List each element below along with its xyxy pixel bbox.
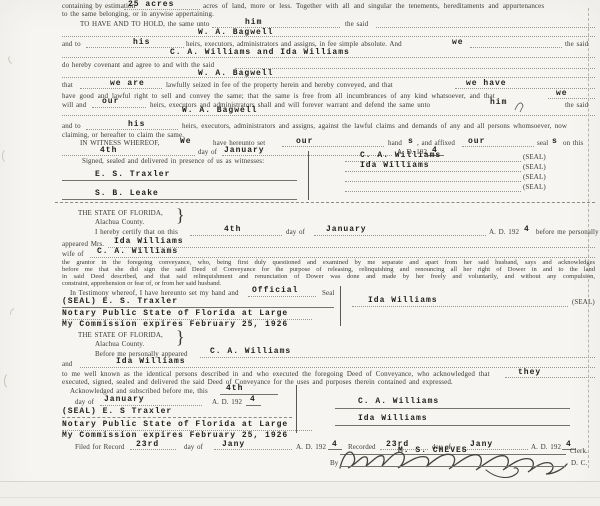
ack2-day-fill: 4th — [226, 384, 243, 393]
signer1-signature: C. A. Williams — [360, 151, 441, 160]
dotted-rule — [376, 27, 595, 28]
we-are-fill: we are — [110, 79, 145, 88]
ack1-state: THE STATE OF FLORIDA, — [78, 209, 163, 217]
we-have-fill: we have — [466, 79, 507, 88]
ack2-known-clause: to me well known as the identical person… — [62, 370, 490, 378]
ack1-wife-label: wife of — [62, 250, 84, 258]
seized-clause: lawfully seized in fee of the property h… — [166, 81, 393, 89]
pen-mark — [512, 99, 526, 113]
notary-bracket-2 — [296, 385, 297, 433]
dotted-rule — [92, 107, 146, 108]
seal-label-4: (SEAL) — [523, 183, 546, 191]
witness-day-fill: 4th — [100, 146, 117, 155]
ack1-brace: } — [176, 206, 185, 224]
dotted-rule — [130, 449, 176, 450]
notary-bracket — [340, 286, 341, 326]
ack2-day-of: day of — [75, 398, 94, 406]
ack1-certify-pre: I hereby certify that on this — [95, 228, 178, 236]
faint-line — [0, 497, 600, 498]
underline — [340, 466, 566, 467]
ack2-signer2: Ida Williams — [358, 414, 428, 423]
grantors-names: C. A. Williams and Ida Williams — [170, 48, 350, 57]
our-fill-hand: our — [296, 137, 313, 146]
the-said-2: the said — [565, 40, 588, 48]
grantee-name-2: W. A. Bagwell — [198, 69, 273, 78]
column-divider — [308, 151, 309, 200]
dotted-rule — [282, 146, 384, 147]
ack1-day-of: day of — [286, 228, 305, 236]
dotted-rule — [214, 449, 292, 450]
ack2-notary-title: Notary Public State of Florida at Large — [62, 420, 288, 429]
scan-smudge — [8, 306, 23, 321]
ack2-they-fill: they — [518, 368, 541, 377]
filed-label: Filed for Record — [75, 443, 124, 451]
ack1-seal-label: (SEAL) — [572, 298, 595, 306]
dotted-rule — [62, 36, 595, 37]
clerk-label: Clerk. — [570, 447, 588, 455]
ack2-month-fill: January — [104, 395, 145, 404]
that-label: that — [62, 81, 73, 89]
dotted-rule — [352, 306, 568, 307]
scan-smudge — [4, 372, 18, 390]
dower-paragraph-line3: in said Deed described, and that said re… — [62, 273, 595, 280]
ack2-person2: Ida Williams — [116, 357, 186, 366]
underline — [335, 408, 570, 409]
underline — [62, 417, 292, 418]
dotted-rule — [345, 191, 521, 192]
belonging-line: to the same belonging, or in anywise app… — [62, 10, 214, 18]
page-edge-dashes — [588, 8, 589, 468]
dotted-rule — [314, 235, 486, 236]
underline — [62, 199, 297, 200]
dotted-rule — [62, 77, 595, 78]
deputy-clerk-signature — [336, 440, 571, 480]
claiming-clause: claiming, or hereafter to claim the same… — [62, 131, 184, 139]
dotted-rule — [90, 257, 595, 258]
seal-s-fill: s — [552, 137, 558, 146]
dotted-rule — [235, 68, 595, 69]
heirs-clause-2: heirs, executors, administrators and ass… — [182, 122, 567, 130]
dotted-rule — [455, 88, 595, 89]
we-fill-witness: We — [180, 137, 192, 146]
hand-label: hand — [388, 139, 402, 147]
our-fill-1: our — [102, 97, 119, 106]
seal-label-1: (SEAL) — [523, 153, 546, 161]
and-to-2: and to — [62, 122, 81, 130]
dotted-rule — [470, 47, 562, 48]
dotted-rule — [62, 115, 595, 116]
ack1-dower-signer: Ida Williams — [368, 296, 438, 305]
ack2-state: THE STATE OF FLORIDA, — [78, 331, 163, 339]
seal-word-label: seal — [537, 139, 548, 147]
dotted-rule — [86, 129, 178, 130]
dotted-rule — [100, 405, 202, 406]
filed-day-fill: 23rd — [136, 440, 159, 449]
grantee-name-3: W. A. Bagwell — [182, 106, 257, 115]
to-have-and-to-hold: TO HAVE AND TO HOLD, the same unto — [80, 20, 209, 28]
ack1-husband-name: C. A. Williams — [97, 247, 178, 256]
the-said-3: the said — [565, 101, 588, 109]
will-and-label: will and — [62, 101, 86, 109]
ack1-official-fill: Official — [252, 286, 298, 295]
we-fill-1: we — [452, 38, 464, 47]
covenant-clause: do hereby covenant and agree to and with… — [62, 61, 214, 69]
witness-day-of: day of — [198, 148, 217, 156]
good-right-clause: have good and lawful right to sell and c… — [62, 92, 495, 100]
filed-day-of: day of — [184, 443, 203, 451]
ack1-county: Alachua County. — [95, 218, 144, 226]
containing-post: acres of land, more or less. Together wi… — [203, 2, 544, 10]
hand-s-fill: s — [408, 137, 414, 146]
dower-paragraph-line2: before me that she did sign the said Dee… — [62, 266, 595, 273]
in-witness-whereof: IN WITNESS WHEREOF, — [80, 139, 160, 147]
ack2-year-fill: 4 — [250, 395, 256, 404]
heirs-clause-1: heirs, executors, administrators and ass… — [186, 40, 402, 48]
ack2-brace: } — [176, 328, 185, 346]
seal-label-2: (SEAL) — [523, 163, 546, 171]
dotted-rule — [345, 171, 521, 172]
ack1-notary-signature: (SEAL) E. S. Traxler — [62, 297, 178, 306]
dotted-rule — [248, 296, 316, 297]
his-fill-1: his — [133, 38, 150, 47]
underline — [220, 394, 278, 395]
ack2-and-label: and — [62, 360, 72, 368]
ack2-county: Alachua County. — [95, 340, 144, 348]
him-fill-2: him — [490, 98, 507, 107]
him-fill-1: him — [245, 18, 262, 27]
ack2-commission: My Commission expires February 25, 1926 — [62, 431, 288, 440]
underline — [62, 180, 297, 181]
ack1-testimony-pre: In Testimony whereof, I have hereunto se… — [70, 289, 239, 297]
signer2-signature: Ida Williams — [360, 161, 430, 170]
ack1-notary-title: Notary Public State of Florida at Large — [62, 309, 288, 318]
ack1-certify-post: before me personally — [536, 228, 599, 236]
witness-heading: Signed, sealed and delivered in presence… — [82, 157, 264, 165]
seal-label-3: (SEAL) — [523, 173, 546, 181]
dotted-rule — [200, 357, 595, 358]
ack1-day-fill: 4th — [224, 225, 241, 234]
next-page-strip — [0, 482, 600, 506]
acres-fill: 25 acres — [128, 0, 174, 9]
ack2-ack-label: Acknowledged and subscribed before me, t… — [70, 387, 208, 395]
ack1-ad-label: A. D. 192 — [489, 228, 519, 236]
ack1-seal-word: Seal — [322, 289, 334, 297]
dotted-rule — [345, 181, 521, 182]
deputy-label: D. C. — [571, 459, 587, 467]
and-to-1: and to — [62, 40, 81, 48]
dotted-rule — [62, 57, 595, 58]
dotted-rule — [505, 377, 595, 378]
ack1-month-fill: January — [326, 225, 367, 234]
underline — [62, 307, 334, 308]
on-this-label: on this — [563, 139, 583, 147]
dotted-rule — [190, 235, 282, 236]
scan-smudge — [2, 148, 14, 164]
ack1-year-fill: 4 — [524, 225, 530, 234]
scan-smudge — [6, 50, 25, 67]
witness1-signature: E. S. Traxler — [95, 170, 170, 179]
deed-document-page: containing by estimation 25 acres acres … — [0, 0, 600, 506]
dower-paragraph-line4: constraint, apprehension or fear of, or … — [62, 280, 595, 287]
underline — [246, 405, 261, 406]
dotted-rule — [80, 88, 162, 89]
dotted-rule — [462, 146, 534, 147]
his-fill-2: his — [128, 120, 145, 129]
underline — [335, 425, 570, 426]
ack2-notary-signature: (SEAL) E. S Traxler — [62, 407, 172, 416]
filed-month-fill: Jany — [222, 440, 245, 449]
we-fill-2: we — [556, 89, 568, 98]
witness2-signature: S. B. Leake — [95, 189, 159, 198]
section-separator — [55, 202, 595, 203]
dotted-rule — [62, 155, 195, 156]
filed-ad-label: A. D. 192 — [296, 443, 326, 451]
witness-month-fill: January — [224, 146, 265, 155]
the-said-1: the said — [345, 20, 368, 28]
ack2-signer1: C. A. Williams — [358, 397, 439, 406]
ack2-person1: C. A. Williams — [210, 347, 291, 356]
ack1-appeared-name: Ida Williams — [114, 237, 184, 246]
ack2-executed-clause: executed, signed, sealed and delivered t… — [62, 378, 453, 386]
dotted-rule — [108, 247, 595, 248]
our-fill-seal: our — [468, 137, 485, 146]
ack2-ad-label: A. D. 192 — [212, 398, 242, 406]
grantee-name-1: W. A. Bagwell — [198, 28, 273, 37]
dower-paragraph-line1: the grantor in the foregoing conveyance,… — [62, 259, 595, 266]
